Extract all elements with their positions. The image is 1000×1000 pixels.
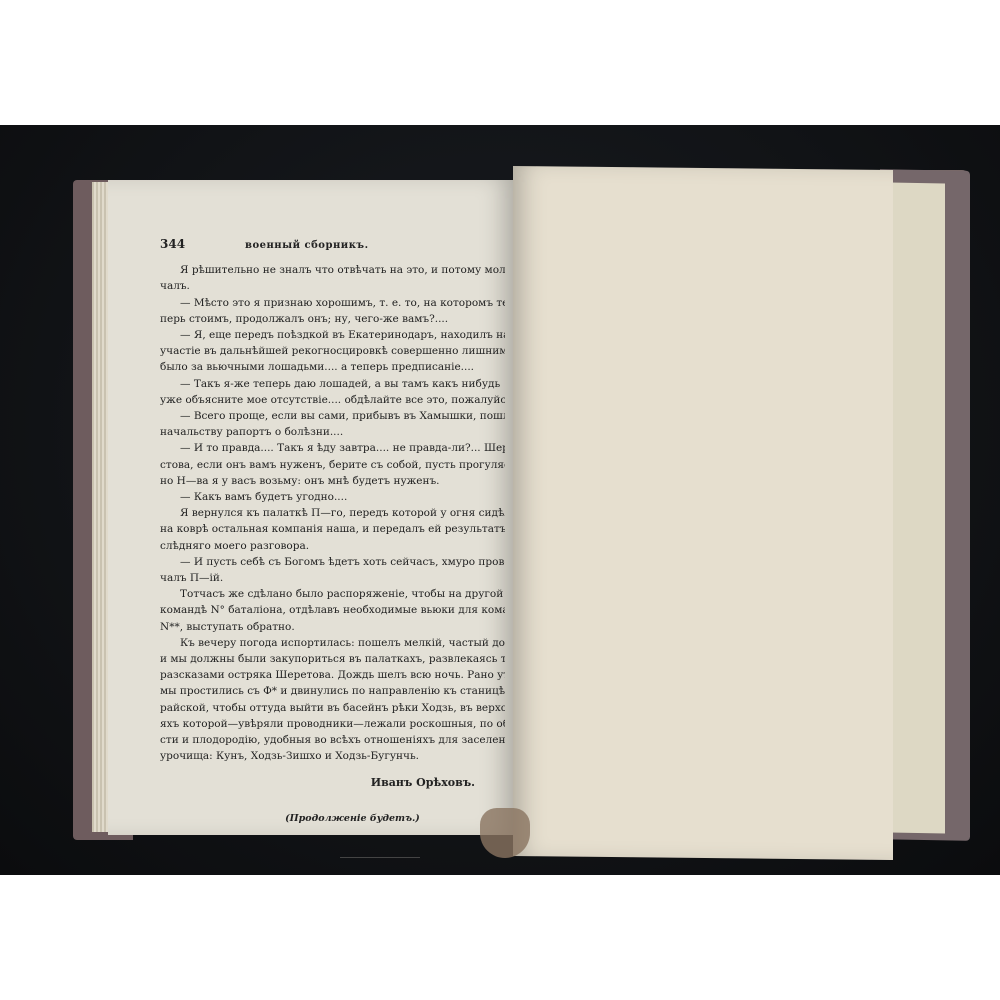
text-line: и мы должны были закупориться въ палатка… (160, 651, 505, 667)
text-line: — Какъ вамъ будетъ угодно.... (160, 489, 505, 505)
running-head: военный сборникъ. (245, 238, 369, 254)
text-line: перь стоимъ, продолжалъ онъ; ну, чего-же… (160, 311, 505, 327)
text-line: яхъ которой—увѣряли проводники—лежали ро… (160, 716, 505, 732)
text-line: урочища: Кунъ, Ходзь-Зишхо и Ходзь-Бугун… (160, 748, 505, 764)
text-line: разсказами остряка Шеретова. Дождь шелъ … (160, 667, 505, 683)
text-line: Къ вечеру погода испортилась: пошелъ мел… (160, 635, 505, 651)
text-line: Тотчасъ же сдѣлано было распоряженіе, чт… (160, 586, 505, 602)
text-line: сти и плодородію, удобныя во всѣхъ отнош… (160, 732, 505, 748)
text-line: на коврѣ остальная компанія наша, и пере… (160, 521, 505, 537)
author-signature: Иванъ Орѣховъ. (160, 775, 505, 791)
left-page-text: 344 военный сборникъ. Я рѣшительно не зн… (160, 236, 505, 858)
text-line: райской, чтобы оттуда выйти въ басейнъ р… (160, 700, 505, 716)
page-number: 344 (160, 236, 245, 252)
text-line: — Всего проще, если вы сами, прибывъ въ … (160, 408, 505, 424)
text-line: мы простились съ Ф* и двинулись по напра… (160, 683, 505, 699)
text-line: стова, если онъ вамъ нуженъ, берите съ с… (160, 457, 505, 473)
text-line: уже объясните мое отсутствіе.... обдѣлай… (160, 392, 505, 408)
text-line: — Я, еще передъ поѣздкой въ Екатеринодар… (160, 327, 505, 343)
text-line: но Н—ва я у васъ возьму: онъ мнѣ будетъ … (160, 473, 505, 489)
text-line: участіе въ дальнѣйшей рекогносцировкѣ со… (160, 343, 505, 359)
flyleaf-page (890, 183, 945, 834)
continuation-note: (Продолженіе будетъ.) (160, 811, 505, 827)
text-line: было за вьючными лошадьми.... а теперь п… (160, 359, 505, 375)
text-line: чалъ П—ій. (160, 570, 505, 586)
text-line: Я рѣшительно не зналъ что отвѣчать на эт… (160, 262, 505, 278)
right-page-blank (513, 166, 893, 860)
text-line: — И то правда.... Такъ я ѣду завтра.... … (160, 440, 505, 456)
text-line: — Такъ я-же теперь даю лошадей, а вы там… (160, 376, 505, 392)
horizontal-rule (340, 857, 420, 858)
text-line: чалъ. (160, 278, 505, 294)
page-header: 344 военный сборникъ. (160, 236, 505, 254)
text-line: — Мѣсто это я признаю хорошимъ, т. е. то… (160, 295, 505, 311)
text-line: — И пусть себѣ съ Богомъ ѣдетъ хоть сейч… (160, 554, 505, 570)
text-line: слѣдняго моего разговора. (160, 538, 505, 554)
text-line: N**, выступать обратно. (160, 619, 505, 635)
text-line: командѣ N° баталіона, отдѣлавъ необходим… (160, 602, 505, 618)
text-line: Я вернулся къ палаткѣ П—го, передъ котор… (160, 505, 505, 521)
text-line: начальству рапортъ о болѣзни.... (160, 424, 505, 440)
